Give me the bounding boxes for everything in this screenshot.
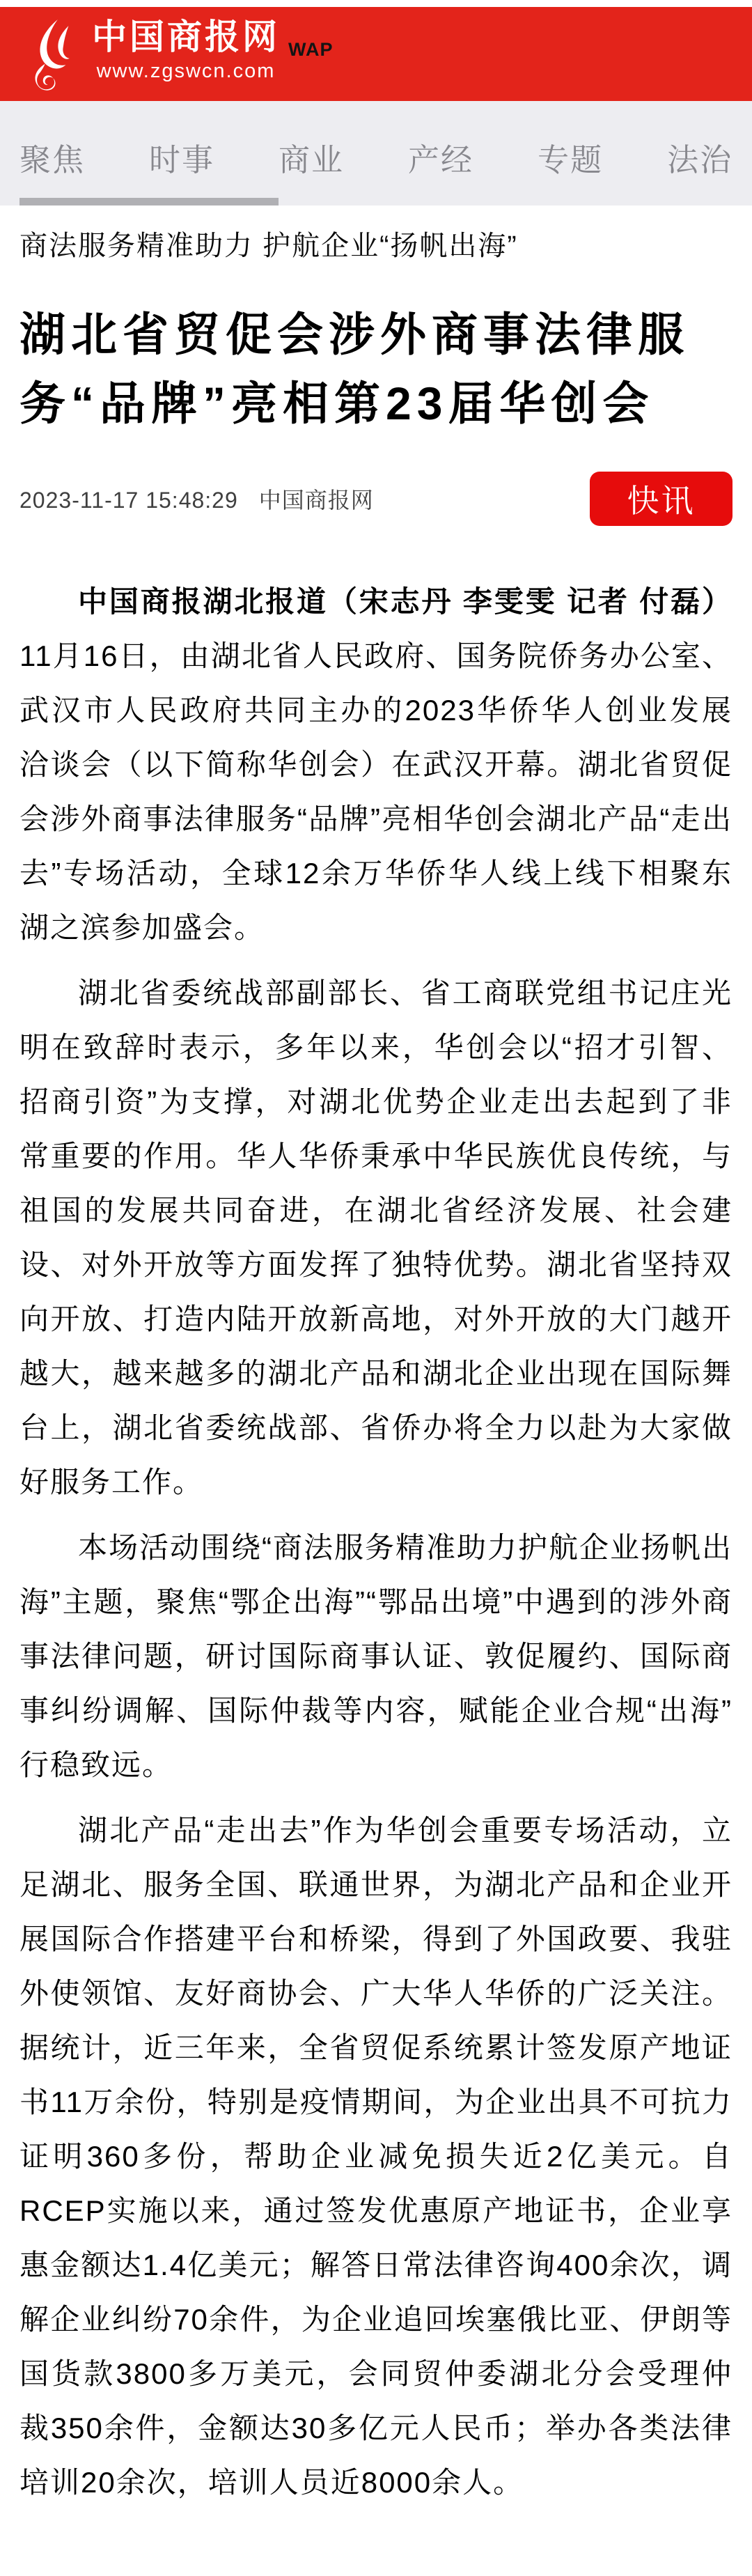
article-body: 中国商报湖北报道（宋志丹 李雯雯 记者 付磊）11月16日，由湖北省人民政府、国… (19, 575, 733, 2510)
site-url: www.zgswcn.com (97, 60, 276, 83)
article-meta-row: 2023-11-17 15:48:29中国商报网 快讯 (19, 472, 733, 526)
paragraph-text: 11月16日，由湖北省人民政府、国务院侨务办公室、武汉市人民政府共同主办的202… (19, 639, 733, 944)
paragraph-text: 湖北产品“走出去”作为华创会重要专场活动，立足湖北、服务全国、联通世界，为湖北产… (19, 1814, 733, 2499)
site-name: 中国商报网 (92, 17, 280, 57)
top-strip (0, 0, 752, 7)
site-logo[interactable]: 中国商报网 www.zgswcn.com (0, 7, 752, 95)
article: 商法服务精准助力 护航企业“扬帆出海” 湖北省贸促会涉外商事法律服务“品牌”亮相… (0, 228, 752, 2510)
nav-item-2[interactable]: 时事 (149, 134, 214, 180)
site-header: 中国商报网 www.zgswcn.com WAP (0, 7, 752, 101)
paragraph-text: 本场活动围绕“商法服务精准助力护航企业扬帆出海”主题，聚焦“鄂企出海”“鄂品出境… (19, 1531, 733, 1781)
nav-bar: 聚焦时事商业产经专题法治 (0, 101, 752, 205)
article-title: 湖北省贸促会涉外商事法律服务“品牌”亮相第23届华创会 (19, 300, 733, 438)
article-paragraph: 湖北省委统战部副部长、省工商联党组书记庄光明在致辞时表示，多年以来，华创会以“招… (19, 966, 733, 1510)
article-paragraph: 中国商报湖北报道（宋志丹 李雯雯 记者 付磊）11月16日，由湖北省人民政府、国… (19, 575, 733, 955)
nav-item-4[interactable]: 产经 (408, 134, 473, 180)
article-meta: 2023-11-17 15:48:29中国商报网 (19, 483, 374, 515)
paragraph-lead: 中国商报湖北报道（宋志丹 李雯雯 记者 付磊） (78, 585, 733, 618)
nav-scrollbar-thumb[interactable] (19, 198, 279, 205)
nav-items: 聚焦时事商业产经专题法治 (0, 101, 752, 180)
publish-datetime: 2023-11-17 15:48:29 (19, 488, 238, 513)
article-paragraph: 湖北产品“走出去”作为华创会重要专场活动，立足湖北、服务全国、联通世界，为湖北产… (19, 1803, 733, 2510)
nav-item-3[interactable]: 商业 (279, 134, 344, 180)
nav-item-6[interactable]: 法治 (667, 134, 733, 180)
nav-item-1[interactable]: 聚焦 (19, 134, 85, 180)
wap-link[interactable]: WAP (288, 39, 334, 61)
phoenix-icon (25, 17, 79, 95)
article-kicker: 商法服务精准助力 护航企业“扬帆出海” (19, 228, 733, 264)
paragraph-text: 湖北省委统战部副部长、省工商联党组书记庄光明在致辞时表示，多年以来，华创会以“招… (19, 977, 733, 1498)
article-paragraph: 本场活动围绕“商法服务精准助力护航企业扬帆出海”主题，聚焦“鄂企出海”“鄂品出境… (19, 1521, 733, 1792)
source-name: 中国商报网 (259, 488, 374, 513)
nav-item-5[interactable]: 专题 (538, 134, 603, 180)
flash-news-button[interactable]: 快讯 (590, 472, 733, 526)
